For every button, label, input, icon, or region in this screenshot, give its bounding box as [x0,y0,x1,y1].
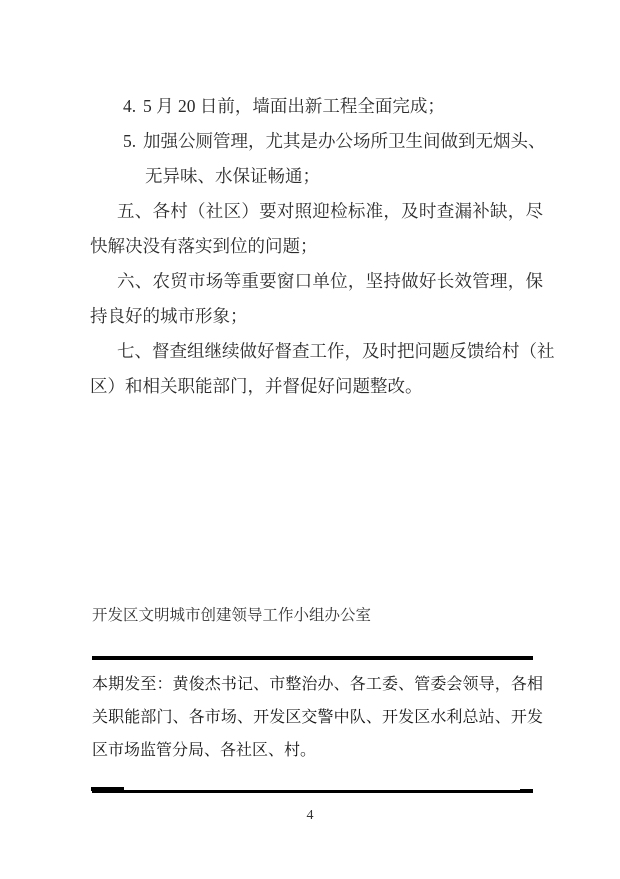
separator-rule-top [92,656,533,660]
page-number: 4 [0,808,620,824]
list-item-4: 4.5 月 20 日前，墙面出新工程全面完成； [123,89,544,124]
body-line-text: 5 月 20 日前，墙面出新工程全面完成； [143,96,445,116]
signature-line: 开发区文明城市创建领导工作小组办公室 [92,606,371,626]
body-line: 快解决没有落实到位的问题； [90,229,620,264]
separator-rule-bottom-left-mark [91,787,124,791]
separator-rule-bottom-right-mark [520,789,533,793]
document-page: 4.5 月 20 日前，墙面出新工程全面完成； 5.加强公厕管理，尤其是办公场所… [0,0,620,879]
body-line: 持良好的城市形象； [90,299,620,334]
separator-rule-bottom [92,790,533,793]
body-line: 区）和相关职能部门，并督促好问题整改。 [90,369,620,404]
body-line: 七、督查组继续做好督查工作，及时把问题反馈给村（社 [90,334,543,369]
distribution-line: 关职能部门、各市场、开发区交警中队、开发区水利总站、开发 [92,701,543,734]
body-line: 无异味、水保证畅通； [145,159,620,194]
distribution-note: 本期发至：黄俊杰书记、市整治办、各工委、管委会领导，各相 关职能部门、各市场、开… [0,668,620,767]
body-line: 六、农贸市场等重要窗口单位，坚持做好长效管理，保 [90,264,543,299]
list-item-number: 4. [123,89,143,124]
distribution-line: 区市场监管分局、各社区、村。 [92,734,543,767]
list-item-number: 5. [123,124,143,159]
document-body: 4.5 月 20 日前，墙面出新工程全面完成； 5.加强公厕管理，尤其是办公场所… [0,89,620,404]
body-line-text: 加强公厕管理，尤其是办公场所卫生间做到无烟头、 [143,131,546,151]
body-line: 五、各村（社区）要对照迎检标准，及时查漏补缺，尽 [90,194,543,229]
distribution-line: 本期发至：黄俊杰书记、市整治办、各工委、管委会领导，各相 [92,668,543,701]
list-item-5: 5.加强公厕管理，尤其是办公场所卫生间做到无烟头、 [123,124,544,159]
